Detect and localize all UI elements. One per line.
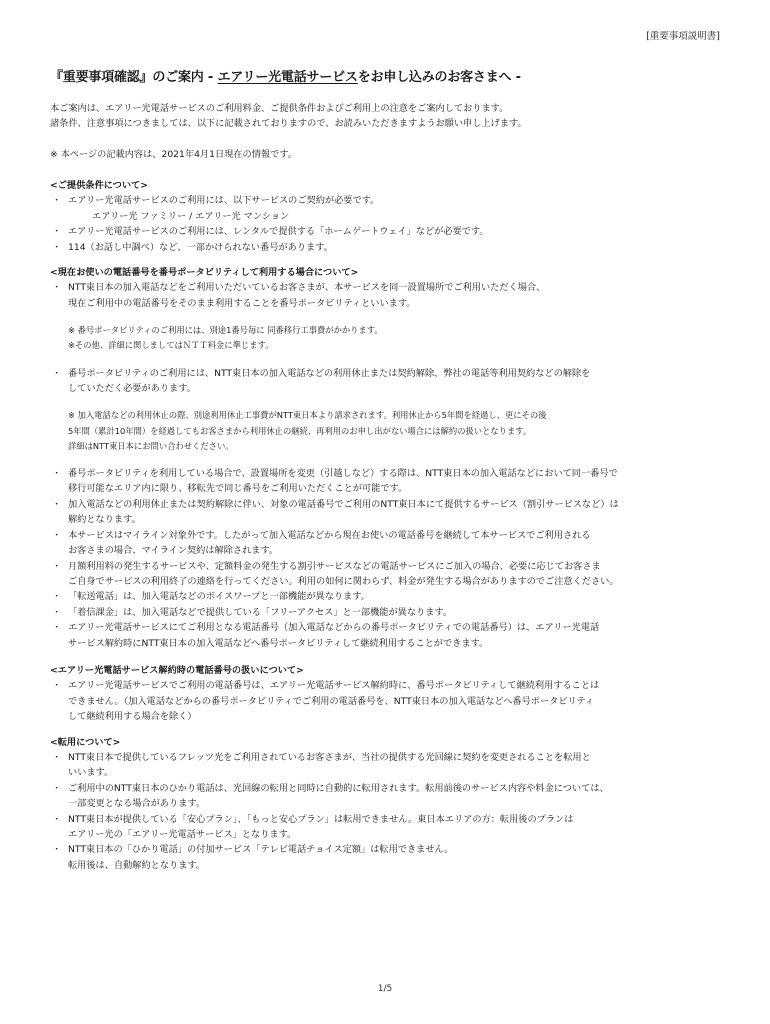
note: ※ 番号ポータビリティのご利用には、別途1番号毎に 同番移行工事費がかかります。: [50, 323, 730, 338]
list-item: 「着信課金」は、加入電話などで提供している「フリーアクセス」と一部機能が異なりま…: [50, 605, 730, 620]
note: 5年間（累計10年間）を経過してもお客さまから利用休止の継続、再利用のお申し出が…: [50, 424, 730, 439]
list-item: エアリー光電話サービスにてご利用となる電話番号（加入電話などからの番号ポータビリ…: [50, 620, 730, 651]
page-number: 1/5: [0, 984, 770, 994]
list-item: 月額利用料の発生するサービスや、定額料金の発生する割引サービスなどの電話サービス…: [50, 559, 730, 590]
list-item: 加入電話などの利用休止または契約解除に伴い、対象の電話番号でご利用のNTT東日本…: [50, 497, 730, 528]
list-item: NTT東日本の「ひかり電話」の付加サービス「テレビ電話チョイス定額」は転用できま…: [50, 842, 730, 873]
list-item: エアリー光電話サービスのご利用には、レンタルで提供する「ホームゲートウェイ」など…: [50, 224, 730, 239]
title-suffix: をお申し込みのお客さまへ -: [358, 70, 521, 85]
list-item: 本サービスはマイライン対象外です。したがって加入電話などから現在お使いの電話番号…: [50, 528, 730, 559]
list-item: 「転送電話」は、加入電話などのボイスワープと一部機能が異なります。: [50, 589, 730, 604]
intro-line: 諸条件、注意事項につきましては、以下に記載されておりますので、お読みいただきます…: [50, 116, 730, 131]
note: ※ 加入電話などの利用休止の際、別途利用休止工事費がNTT東日本より請求されます…: [50, 408, 730, 423]
document-body: 本ご案内は、エアリー光電話サービスのご利用料金、ご提供条件およびご利用上の注意を…: [50, 101, 730, 873]
list-item: ご利用中のNTT東日本のひかり電話は、光回線の転用と同時に自動的に転用されます。…: [50, 781, 730, 812]
list-item: エアリー光電話サービスのご利用には、以下サービスのご契約が必要です。: [50, 193, 730, 208]
page-title: 『重要事項確認』のご案内 - エアリー光電話サービスをお申し込みのお客さまへ -: [50, 66, 521, 85]
list-item: NTT東日本で提供しているフレッツ光をご利用されているお客さまが、当社の提供する…: [50, 750, 730, 781]
list-item: 番号ポータビリティを利用している場合で、設置場所を変更（引越しなど）する際は、N…: [50, 466, 730, 497]
list-item: NTT東日本が提供している「安心プラン」、「もっと安心プラン」は転用できません。…: [50, 812, 730, 843]
required-services: エアリー光 ファミリー / エアリー光 マンション: [50, 209, 730, 224]
list-item: 番号ポータビリティのご利用には、NTT東日本の加入電話などの利用休止または契約解…: [50, 366, 730, 397]
note: ※その他、詳細に関しましてはＮＴＴ料金に準じます。: [50, 338, 730, 353]
section-heading-provision: <ご提供条件について>: [50, 178, 730, 193]
intro-line: 本ご案内は、エアリー光電話サービスのご利用料金、ご提供条件およびご利用上の注意を…: [50, 101, 730, 116]
section-heading-portability: <現在お使いの電話番号を番号ポータビリティして利用する場合について>: [50, 265, 730, 280]
list-item: NTT東日本の加入電話などをご利用いただいているお客さまが、本サービスを同一設置…: [50, 280, 730, 311]
list-item: 114（お話し中調べ）など、一部かけられない番号があります。: [50, 240, 730, 255]
section-heading-cancellation: <エアリー光電話サービス解約時の電話番号の扱いについて>: [50, 663, 730, 678]
note: 詳細はNTT東日本にお問い合わせください。: [50, 439, 730, 454]
document-type-label: [重要事項説明書]: [646, 28, 720, 42]
title-service-name: エアリー光電話サービス: [217, 70, 357, 85]
date-note: ※ 本ページの記載内容は、2021年4月1日現在の情報です。: [50, 147, 730, 162]
list-item: エアリー光電話サービスでご利用の電話番号は、エアリー光電話サービス解約時に、番号…: [50, 678, 730, 724]
section-heading-transfer: <転用について>: [50, 735, 730, 750]
title-prefix: 『重要事項確認』のご案内 -: [50, 70, 217, 85]
